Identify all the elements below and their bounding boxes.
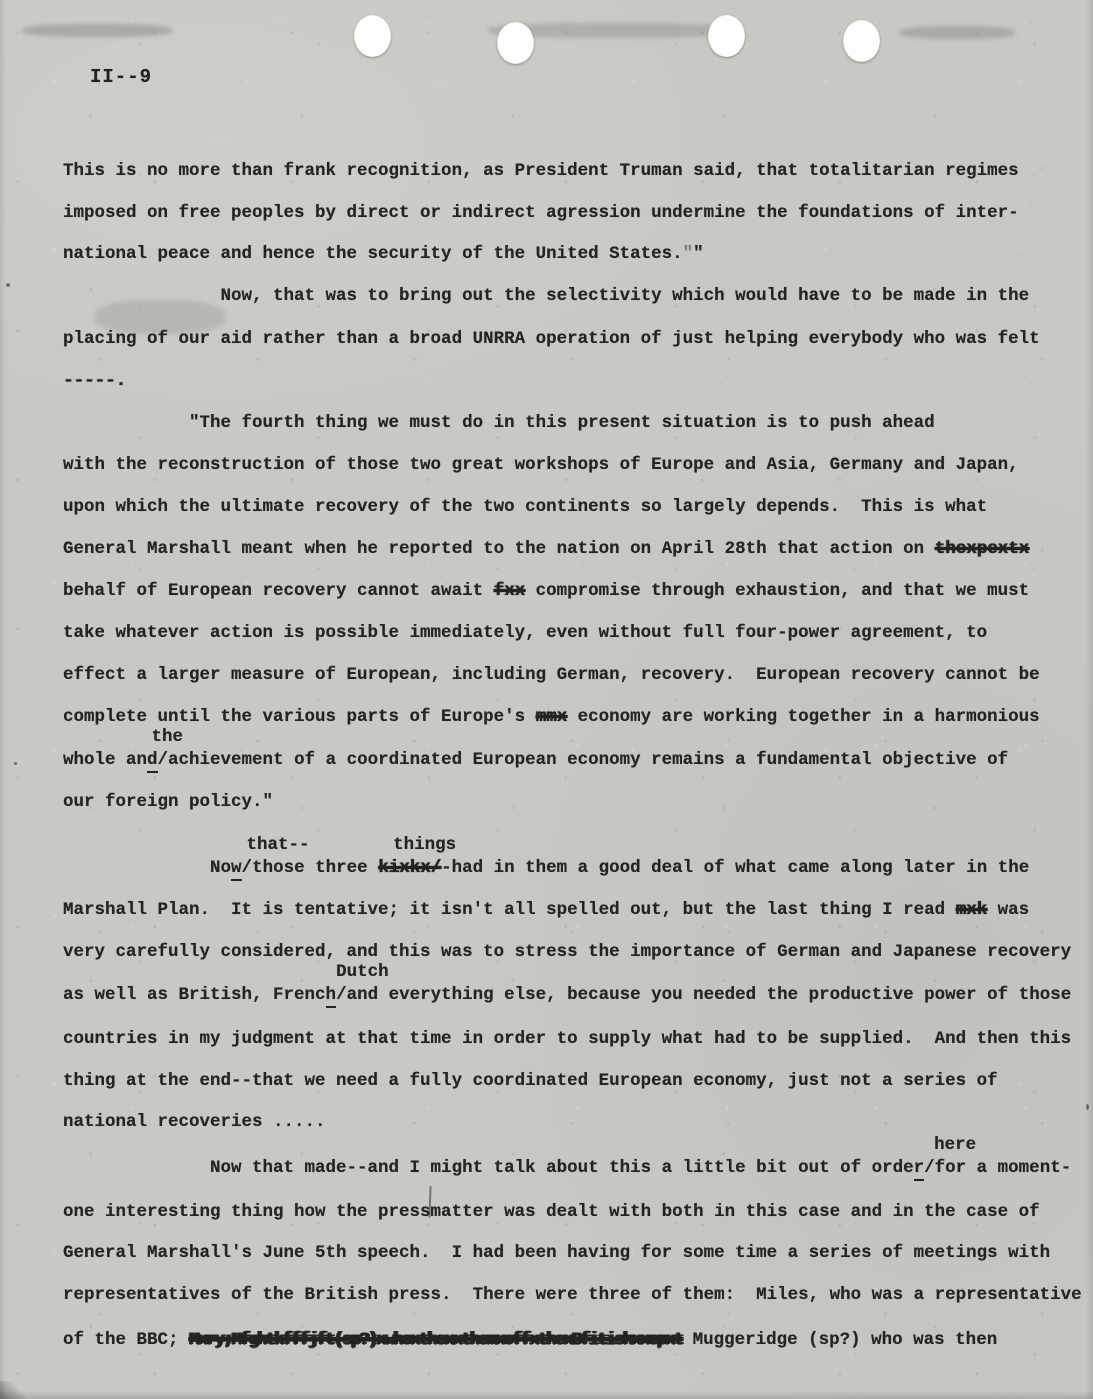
- text-line: Marshall Plan. It is tentative; it isn't…: [63, 897, 1029, 923]
- scan-smudge: [22, 24, 172, 37]
- text-segment: /: [336, 985, 347, 1005]
- insertion-anchor: here/: [924, 1155, 935, 1181]
- text-line: countries in my judgment at that time in…: [63, 1026, 1071, 1052]
- text-line: General Marshall meant when he reported …: [63, 536, 1029, 562]
- text-line: whole andthe/achievement of a coordinate…: [63, 747, 1008, 773]
- text-line: placing of our aid rather than a broad U…: [63, 326, 1040, 352]
- text-segment: economy are working together in a harmon…: [567, 707, 1040, 727]
- text-line: Now, that was to bring out the selectivi…: [63, 283, 1029, 309]
- text-segment: This is no more than frank recognition, …: [63, 161, 1019, 181]
- text-segment: /: [924, 1158, 935, 1178]
- text-segment: "The fourth thing we must do in this pre…: [63, 413, 935, 433]
- text-segment: -had in them a good deal of what came al…: [441, 858, 1029, 878]
- text-segment: w: [231, 858, 242, 881]
- page-number: II--9: [90, 66, 152, 88]
- corner-shadow: [0, 1381, 26, 1399]
- punch-hole: [354, 15, 391, 57]
- text-segment: achievement of a coordinated European ec…: [168, 750, 1008, 770]
- insertion-anchor: thingskixkx/: [378, 855, 441, 881]
- text-line: thing at the end--that we need a fully c…: [63, 1068, 998, 1094]
- text-segment: Marshall Plan. It is tentative; it isn't…: [63, 900, 956, 920]
- text-segment: ": [683, 244, 694, 264]
- text-line: as well as British, FrenchDutch/and ever…: [63, 982, 1071, 1008]
- text-segment: placing of our aid rather than a broad U…: [63, 329, 1040, 349]
- text-segment: mxk: [956, 900, 988, 920]
- text-segment: upon which the ultimate recovery of the …: [63, 497, 987, 517]
- text-segment: /: [158, 750, 169, 770]
- text-segment: General Marshall's June 5th speech. I ha…: [63, 1243, 1050, 1263]
- scan-smudge: [900, 26, 1015, 39]
- text-segment: complete until the various parts of Euro…: [63, 707, 536, 727]
- text-segment: countries in my judgment at that time in…: [63, 1029, 1071, 1049]
- text-line: behalf of European recovery cannot await…: [63, 578, 1029, 604]
- text-segment: for a moment-: [935, 1158, 1072, 1178]
- insertion-anchor: that--/: [242, 855, 253, 881]
- interlinear-insertion: that--: [247, 832, 310, 858]
- text-segment: d: [147, 750, 158, 773]
- text-line: with the reconstruction of those two gre…: [63, 452, 1019, 478]
- text-segment: behalf of European recovery cannot await: [63, 581, 494, 601]
- text-segment: take whatever action is possible immedia…: [63, 623, 987, 643]
- text-segment: r: [914, 1158, 925, 1181]
- text-line: "The fourth thing we must do in this pre…: [63, 410, 935, 436]
- text-segment: -----.: [63, 371, 126, 391]
- text-segment: with the reconstruction of those two gre…: [63, 455, 1019, 475]
- text-segment: compromise through exhaustion, and that …: [525, 581, 1029, 601]
- text-segment: thexpextx: [935, 539, 1030, 559]
- text-segment: representatives of the British press. Th…: [63, 1285, 1082, 1305]
- text-segment: our foreign policy.": [63, 792, 273, 812]
- text-line: imposed on free peoples by direct or ind…: [63, 200, 1019, 226]
- insertion-anchor: the/: [158, 747, 169, 773]
- text-line: representatives of the British press. Th…: [63, 1282, 1082, 1308]
- insertion-anchor: Dutch/: [336, 982, 347, 1008]
- text-segment: No: [63, 858, 231, 878]
- text-line: our foreign policy.": [63, 789, 273, 815]
- text-line: -----.: [63, 368, 126, 394]
- text-segment: fxx: [494, 581, 526, 601]
- text-line: Nowthat--/those three thingskixkx/-had i…: [63, 855, 1029, 881]
- interlinear-insertion: things: [393, 832, 456, 858]
- text-line: one interesting thing how the pressmatte…: [63, 1199, 1040, 1225]
- text-segment: effect a larger measure of European, inc…: [63, 665, 1040, 685]
- text-segment: one interesting thing how the pressmatte…: [63, 1202, 1040, 1222]
- text-line: national peace and hence the security of…: [63, 241, 704, 267]
- text-segment: very carefully considered, and this was …: [63, 942, 1071, 962]
- ink-speck: [1086, 1104, 1089, 1110]
- text-segment: Mxry;Mfghtkfffjft(sp?)xwhoxthexxthemxoff…: [189, 1330, 682, 1350]
- interlinear-insertion: Dutch: [336, 959, 389, 985]
- text-segment: kixkx/: [378, 858, 441, 878]
- ink-speck: [14, 762, 17, 765]
- text-line: take whatever action is possible immedia…: [63, 620, 987, 646]
- document-page: II--9 This is no more than frank recogni…: [0, 0, 1093, 1399]
- text-line: complete until the various parts of Euro…: [63, 704, 1040, 730]
- text-segment: mmx: [536, 707, 568, 727]
- text-segment: was: [987, 900, 1029, 920]
- interlinear-insertion: here: [934, 1132, 976, 1158]
- text-segment: of the BBC;: [63, 1330, 189, 1350]
- text-line: This is no more than frank recognition, …: [63, 158, 1019, 184]
- text-segment: national recoveries .....: [63, 1112, 326, 1132]
- text-segment: thing at the end--that we need a fully c…: [63, 1071, 998, 1091]
- text-line: General Marshall's June 5th speech. I ha…: [63, 1240, 1050, 1266]
- text-line: of the BBC; Mxry;Mfghtkfffjft(sp?)xwhoxt…: [63, 1327, 997, 1353]
- ink-speck: [6, 283, 10, 287]
- punch-hole: [843, 20, 880, 62]
- text-segment: and everything else, because you needed …: [347, 985, 1072, 1005]
- interlinear-insertion: the: [152, 724, 184, 750]
- text-segment: Now, that was to bring out the selectivi…: [63, 286, 1029, 306]
- punch-hole: [708, 15, 745, 57]
- text-segment: national peace and hence the security of…: [63, 244, 683, 264]
- text-segment: ": [693, 244, 704, 264]
- text-segment: imposed on free peoples by direct or ind…: [63, 203, 1019, 223]
- text-line: very carefully considered, and this was …: [63, 939, 1071, 965]
- text-segment: as well as British, Frenc: [63, 985, 326, 1005]
- text-line: upon which the ultimate recovery of the …: [63, 494, 987, 520]
- text-segment: those three: [252, 858, 378, 878]
- text-segment: /: [242, 858, 253, 878]
- text-segment: Muggeridge (sp?) who was then: [682, 1330, 997, 1350]
- text-segment: h: [326, 985, 337, 1008]
- text-segment: General Marshall meant when he reported …: [63, 539, 935, 559]
- text-line: effect a larger measure of European, inc…: [63, 662, 1040, 688]
- text-line: national recoveries .....: [63, 1109, 326, 1135]
- text-segment: whole an: [63, 750, 147, 770]
- punch-hole: [497, 22, 534, 64]
- text-segment: Now that made--and I might talk about th…: [63, 1158, 914, 1178]
- text-line: Now that made--and I might talk about th…: [63, 1155, 1071, 1181]
